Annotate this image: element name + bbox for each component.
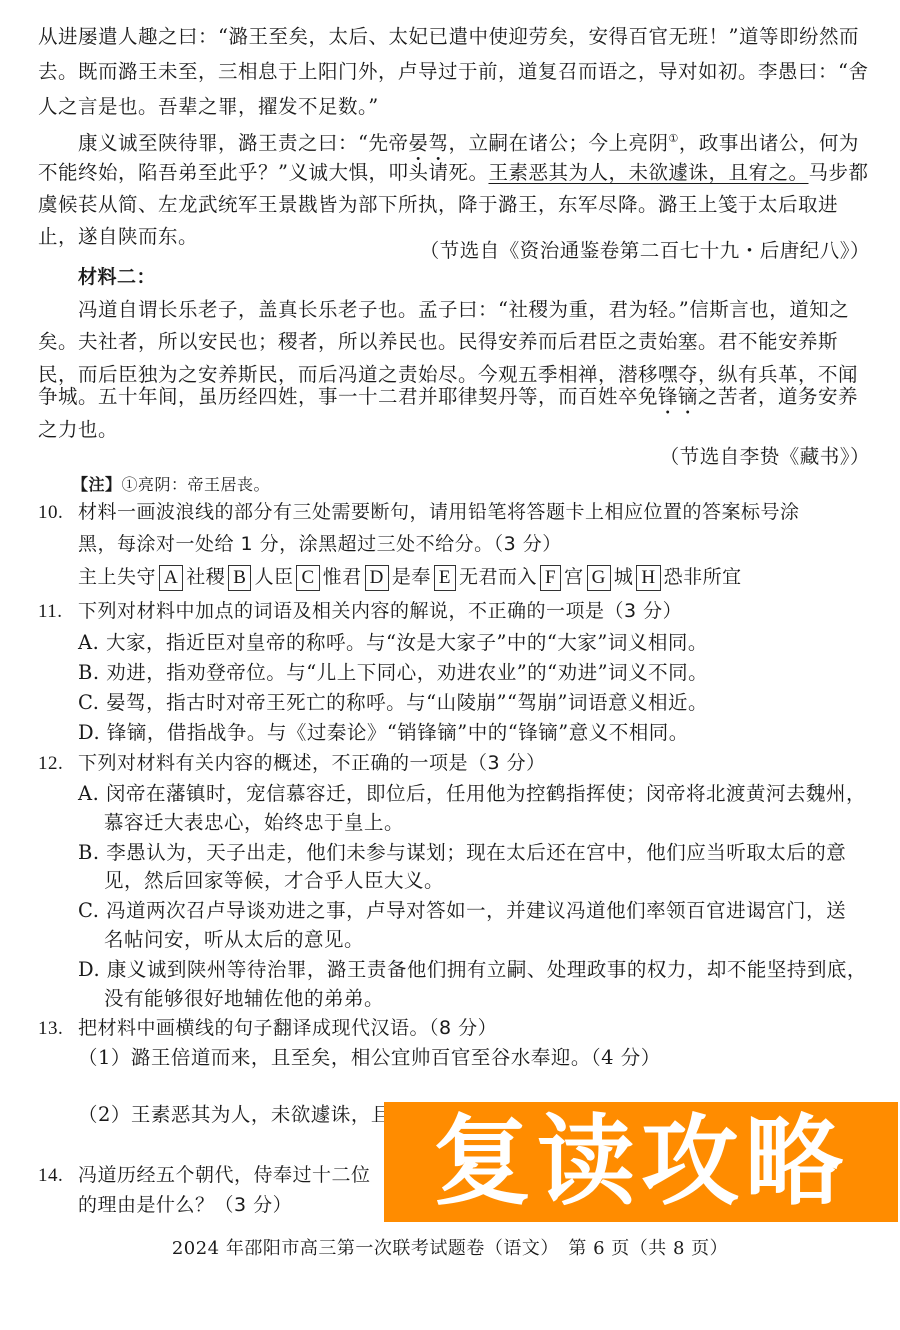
question-13: 13.把材料中画横线的句子翻译成现代汉语。（8 分） [38,1013,872,1044]
dotted-term: 锋镝 [658,385,698,408]
break-box-a[interactable]: A [159,565,183,591]
option-d-cont: 没有能够很好地辅佐他的弟弟。 [104,984,900,1014]
sentence-break-options: 主上失守A社稷B人臣C惟君D是奉E无君而入F宫G城H恐非所宜 [78,562,900,592]
break-box-h[interactable]: H [636,565,660,591]
option-a-cont: 慕容迁大表忠心，始终忠于皇上。 [104,808,900,838]
option-c-cont: 名帖问安，听从太后的意见。 [104,925,900,955]
material-two-line: 冯道自谓长乐老子，盖真长乐老子也。孟子曰：“社稷为重，君为轻。”信斯言也，道知之 [78,295,872,325]
material-two-line: 之力也。 [38,415,872,445]
watermark-text: 复读攻略 [433,1113,849,1211]
material-one-line: 从进屡遣人趣之曰：“潞王至矣，太后、太妃已遣中使迎劳矣，安得百官无班！”道等即纷… [38,22,872,52]
footnote-marker: ① [669,132,679,145]
question-11: 11.下列对材料中加点的词语及相关内容的解说，不正确的一项是（3 分） [38,596,872,627]
option-a[interactable]: A. 大家，指近臣对皇帝的称呼。与“汝是大家子”中的“大家”词义相同。 [78,628,900,658]
option-c[interactable]: C. 冯道两次召卢导谈劝进之事，卢导对答如一，并建议冯道他们率领百官进谒宫门，送 [78,896,900,926]
option-d[interactable]: D. 锋镝，借指战争。与《过秦论》“销锋镝”中的“锋镝”意义不相同。 [78,718,900,748]
dotted-term: 晏驾 [408,132,448,155]
material-one-line: 人之言是也。吾辈之罪，擢发不足数。” [38,92,872,122]
option-b-cont: 见，然后回家等候，才合乎人臣大义。 [104,866,900,896]
question-10-cont: 黑，每涂对一处给 1 分，涂黑超过三处不给分。（3 分） [78,529,872,559]
option-b[interactable]: B. 劝进，指劝登帝位。与“儿上下同心，劝进农业”的“劝进”词义不同。 [78,658,900,688]
question-10: 10.材料一画波浪线的部分有三处需要断句，请用铅笔将答题卡上相应位置的答案标号涂 [38,497,872,528]
question-13-part-1: （1）潞王倍道而来，且至矣，相公宜帅百官至谷水奉迎。（4 分） [78,1043,900,1073]
material-two-line: 矣。夫社者，所以安民也；稷者，所以养民也。民得安养而后君臣之责始塞。君不能安养斯 [38,327,872,357]
break-box-g[interactable]: G [587,565,611,591]
source-citation: （节选自李贽《藏书》） [660,442,870,472]
exam-page: 从进屡遣人趣之曰：“潞王至矣，太后、太妃已遣中使迎劳矣，安得百官无班！”道等即纷… [0,0,900,1330]
break-box-e[interactable]: E [434,565,456,591]
underlined-sentence: 王素恶其为人，未欲遽诛，且宥之。 [488,161,808,184]
material-one-line: 去。既而潞王未至，三相息于上阳门外，卢导过于前，道复召而语之，导对如初。李愚曰：… [38,57,872,87]
break-box-f[interactable]: F [540,565,561,591]
option-b[interactable]: B. 李愚认为，天子出走，他们未参与谋划；现在太后还在宫中，他们应当听取太后的意 [78,838,900,868]
page-footer: 2024 年邵阳市高三第一次联考试题卷（语文） 第 6 页（共 8 页） [0,1234,900,1264]
break-box-d[interactable]: D [365,565,389,591]
break-box-c[interactable]: C [296,565,319,591]
question-12: 12.下列对材料有关内容的概述，不正确的一项是（3 分） [38,748,872,779]
option-a[interactable]: A. 闵帝在藩镇时，宠信慕容迁，即位后，任用他为控鹤指挥使；闵帝将北渡黄河去魏州… [78,779,900,809]
material-two-heading: 材料二： [78,262,872,292]
option-c[interactable]: C. 晏驾，指古时对帝王死亡的称呼。与“山陵崩”“驾崩”词语意义相近。 [78,688,900,718]
material-two-line: 争城。五十年间，虽历经四姓，事一十二君并耶律契丹等，而百姓卒免锋镝之苦者，道务安… [38,382,872,419]
option-d[interactable]: D. 康义诚到陕州等待治罪，潞王责备他们拥有立嗣、处理政事的权力，却不能坚持到底… [78,955,900,985]
material-one-paragraph-line: 虞候苌从简、左龙武统军王景戡皆为部下所执，降于潞王，东军尽降。潞王上笺于太后取进 [38,190,872,220]
watermark-banner: 复读攻略 [384,1102,898,1222]
break-box-b[interactable]: B [228,565,251,591]
material-one-paragraph-line: 不能终始，陷吾弟至此乎？”义诚大惧，叩头请死。王素恶其为人，未欲遽诛，且宥之。马… [38,158,872,188]
footnote: 【注】①亮阴：帝王居丧。 [72,470,900,500]
